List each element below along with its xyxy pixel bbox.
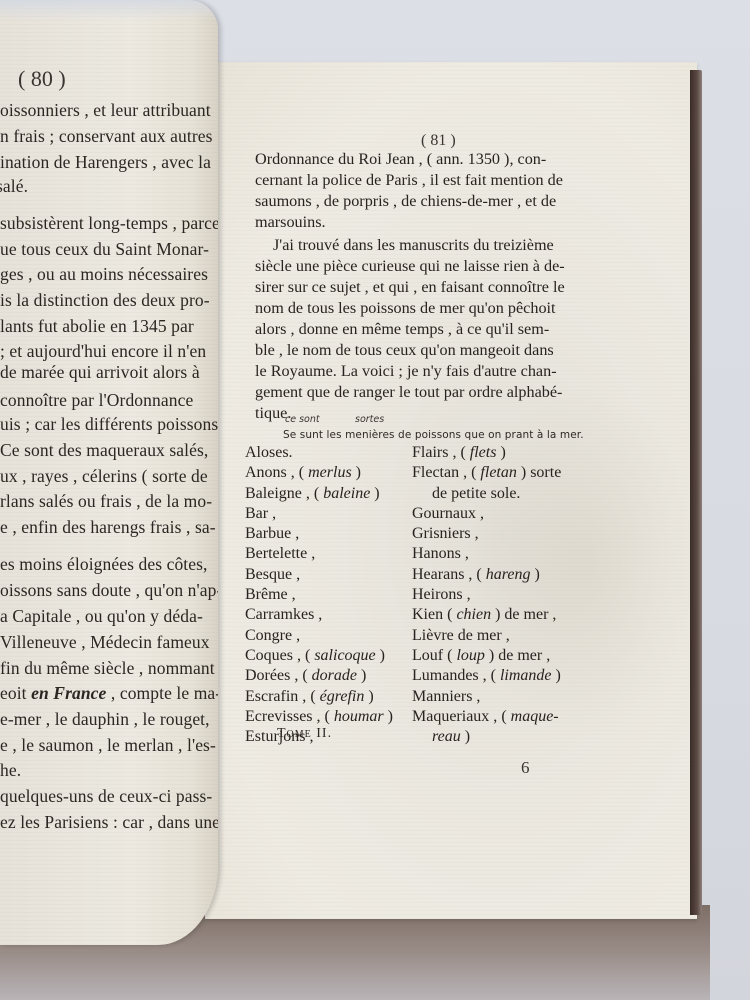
list-item: Manniers ,	[412, 687, 561, 707]
modern-name-gloss: ( houmar )	[325, 708, 393, 725]
fish-name: Flairs ,	[412, 444, 460, 461]
list-item: Anons , ( merlus )	[245, 463, 393, 483]
list-item: Grisniers ,	[412, 524, 561, 544]
text-line: salé.	[0, 176, 28, 197]
list-item: Bar ,	[245, 504, 393, 524]
text-line: ination de Harengers , avec la	[0, 152, 211, 173]
modern-name-gloss: ( flets )	[460, 444, 505, 461]
text-line: rlans salés ou frais , de la mo-	[0, 491, 212, 512]
signature-mark: 6	[521, 758, 530, 778]
fish-list-left: Aloses.Anons , ( merlus )Baleigne , ( ba…	[245, 443, 393, 747]
list-item: reau )	[412, 727, 561, 747]
fish-name: Bar ,	[245, 505, 276, 522]
modern-name-gloss: ( loup )	[447, 647, 494, 664]
text-line: ue tous ceux du Saint Monar-	[0, 239, 209, 260]
list-item: Hanons ,	[412, 544, 561, 564]
list-item: Gournaux ,	[412, 504, 561, 524]
text-line: a Capitale , ou qu'on y déda-	[0, 606, 203, 627]
list-item: Louf ( loup ) de mer ,	[412, 646, 561, 666]
text-line: saumons , de porpris , de chiens-de-mer …	[255, 191, 655, 212]
modern-name-gloss: ( dorade )	[302, 667, 366, 684]
text-line: gement que de ranger le tout par ordre a…	[255, 382, 655, 403]
fish-name: Dorées ,	[245, 667, 302, 684]
list-item: Lumandes , ( limande )	[412, 666, 561, 686]
fish-name: Congre ,	[245, 627, 300, 644]
text-line: alors , donne en même temps , à ce qu'il…	[255, 319, 655, 340]
list-item: Flairs , ( flets )	[412, 443, 561, 463]
list-item: Hearans , ( hareng )	[412, 565, 561, 585]
list-item: Besque ,	[245, 565, 393, 585]
entry-suffix: de mer ,	[500, 606, 556, 623]
fish-name: Escrafin ,	[245, 688, 310, 705]
fish-name: de petite sole.	[432, 485, 520, 502]
fish-name: Lièvre de mer ,	[412, 627, 510, 644]
text-line: he.	[0, 760, 21, 781]
fish-name: Hanons ,	[412, 545, 469, 562]
text-line: quelques-uns de ceux-ci pass-	[0, 786, 212, 807]
paragraph-1: Ordonnance du Roi Jean , ( ann. 1350 ), …	[255, 149, 655, 233]
fish-list-right: Flairs , ( flets )Flectan , ( fletan ) s…	[412, 443, 561, 747]
text-line: sirer sur ce sujet , et qui , en faisant…	[255, 277, 655, 298]
text-line: uis ; car les différents poissons	[0, 414, 218, 435]
modern-name-gloss: ( chien )	[447, 606, 500, 623]
list-item: Coques , ( salicoque )	[245, 646, 393, 666]
text-line: Ce sont des maqueraux salés,	[0, 440, 208, 461]
list-item: Heirons ,	[412, 585, 561, 605]
text-line: J'ai trouvé dans les manuscrits du treiz…	[255, 235, 655, 256]
text-line: nom de tous les poissons de mer qu'on pê…	[255, 298, 655, 319]
volume-footer: Tome II.	[277, 726, 332, 742]
text-line: es moins éloignées des côtes,	[0, 554, 208, 575]
list-item: Flectan , ( fletan ) sorte	[412, 463, 561, 483]
entry-suffix: de mer ,	[494, 647, 550, 664]
page-number-right: ( 81 )	[421, 132, 456, 150]
fish-name: Brême ,	[245, 586, 296, 603]
fish-name: Ecrevisses ,	[245, 708, 325, 725]
list-item: Lièvre de mer ,	[412, 626, 561, 646]
right-page: ( 81 ) Ordonnance du Roi Jean , ( ann. 1…	[205, 62, 697, 919]
list-item: Brême ,	[245, 585, 393, 605]
modern-name-gloss: ( fletan )	[471, 464, 526, 481]
list-item: Aloses.	[245, 443, 393, 463]
modern-name-gloss: ( salicoque )	[305, 647, 385, 664]
entry-suffix: sorte	[526, 464, 561, 481]
list-item: Maqueriaux , ( maque-	[412, 707, 561, 727]
fish-name: Manniers ,	[412, 688, 480, 705]
text-line: marsouins.	[255, 212, 655, 233]
modern-name-gloss: ( limande )	[491, 667, 561, 684]
text-line: de marée qui arrivoit alors à	[0, 362, 200, 383]
text-line: lants fut abolie en 1345 par	[0, 316, 194, 337]
fish-name: Besque ,	[245, 566, 300, 583]
list-item: Barbue ,	[245, 524, 393, 544]
fish-name: Lumandes ,	[412, 667, 491, 684]
list-item: Baleigne , ( baleine )	[245, 484, 393, 504]
list-item: Congre ,	[245, 626, 393, 646]
text-line: ges , ou au moins nécessaires	[0, 264, 208, 285]
list-item: Bertelette ,	[245, 544, 393, 564]
list-item: Escrafin , ( égrefin )	[245, 687, 393, 707]
modern-name-gloss: ( égrefin )	[310, 688, 373, 705]
text-line: ; et aujourd'hui encore il n'en	[0, 341, 206, 362]
list-item: Carramkes ,	[245, 605, 393, 625]
fish-name: Flectan ,	[412, 464, 471, 481]
text-line: n frais ; conservant aux autres	[0, 126, 213, 147]
paragraph-2: J'ai trouvé dans les manuscrits du treiz…	[255, 235, 655, 424]
text-line: Ordonnance du Roi Jean , ( ann. 1350 ), …	[255, 149, 655, 170]
fish-name: Coques ,	[245, 647, 305, 664]
text-line: eoit en France , compte le ma-	[0, 683, 218, 704]
gloss-word: sortes	[355, 414, 384, 425]
fish-name: Louf	[412, 647, 447, 664]
list-title: Se sunt les menières de poissons que on …	[283, 429, 584, 441]
text-line: siècle une pièce curieuse qui ne laisse …	[255, 256, 655, 277]
fish-name: Carramkes ,	[245, 606, 322, 623]
modern-name-gloss: ( hareng )	[476, 566, 539, 583]
fish-name: Grisniers ,	[412, 525, 479, 542]
modern-name-gloss: ( baleine )	[314, 485, 380, 502]
text-line: connoître par l'Ordonnance	[0, 390, 193, 411]
text-line: e-mer , le dauphin , le rouget,	[0, 709, 210, 730]
fish-name: Hearans ,	[412, 566, 476, 583]
page-curl	[0, 0, 218, 20]
list-item: Kien ( chien ) de mer ,	[412, 605, 561, 625]
fish-name: Anons ,	[245, 464, 299, 481]
fish-name: Kien	[412, 606, 447, 623]
text-line: ez les Parisiens : car , dans une	[0, 812, 218, 833]
list-item: Ecrevisses , ( houmar )	[245, 707, 393, 727]
text-line: fin du même siècle , nommant	[0, 658, 215, 679]
book-cover-edge	[690, 70, 702, 915]
fish-name: Heirons ,	[412, 586, 471, 603]
modern-name-gloss: ( merlus )	[299, 464, 361, 481]
fish-name: Aloses.	[245, 444, 293, 461]
text-line: le Royaume. La voici ; je n'y fais d'aut…	[255, 361, 655, 382]
left-page: ( 80 ) oissonniers , et leur attribuantn…	[0, 0, 218, 945]
text-line: e , le saumon , le merlan , l'es-	[0, 735, 216, 756]
text-line: cernant la police de Paris , il est fait…	[255, 170, 655, 191]
text-line: oissons sans doute , qu'on n'ap-	[0, 580, 218, 601]
modern-name-gloss: ( maque-	[501, 708, 558, 725]
fish-name: Baleigne ,	[245, 485, 314, 502]
fish-name: Gournaux ,	[412, 505, 484, 522]
fish-name: Bertelette ,	[245, 545, 315, 562]
text-line: ble , le nom de tous ceux qu'on mangeoit…	[255, 340, 655, 361]
fish-name: Barbue ,	[245, 525, 299, 542]
text-line: is la distinction des deux pro-	[0, 290, 210, 311]
text-line: subsistèrent long-temps , parce	[0, 213, 218, 234]
page-number-left: ( 80 )	[18, 66, 66, 92]
text-line: ux , rayes , célerins ( sorte de	[0, 466, 208, 487]
fish-name: Maqueriaux ,	[412, 708, 501, 725]
text-line: Villeneuve , Médecin fameux	[0, 632, 210, 653]
text-line: e , enfin des harengs frais , sa-	[0, 517, 216, 538]
list-item: Dorées , ( dorade )	[245, 666, 393, 686]
gloss-word: ce sont	[285, 414, 320, 425]
text-line: oissonniers , et leur attribuant	[0, 100, 211, 121]
modern-name-gloss: reau )	[432, 728, 470, 745]
list-item: de petite sole.	[412, 484, 561, 504]
